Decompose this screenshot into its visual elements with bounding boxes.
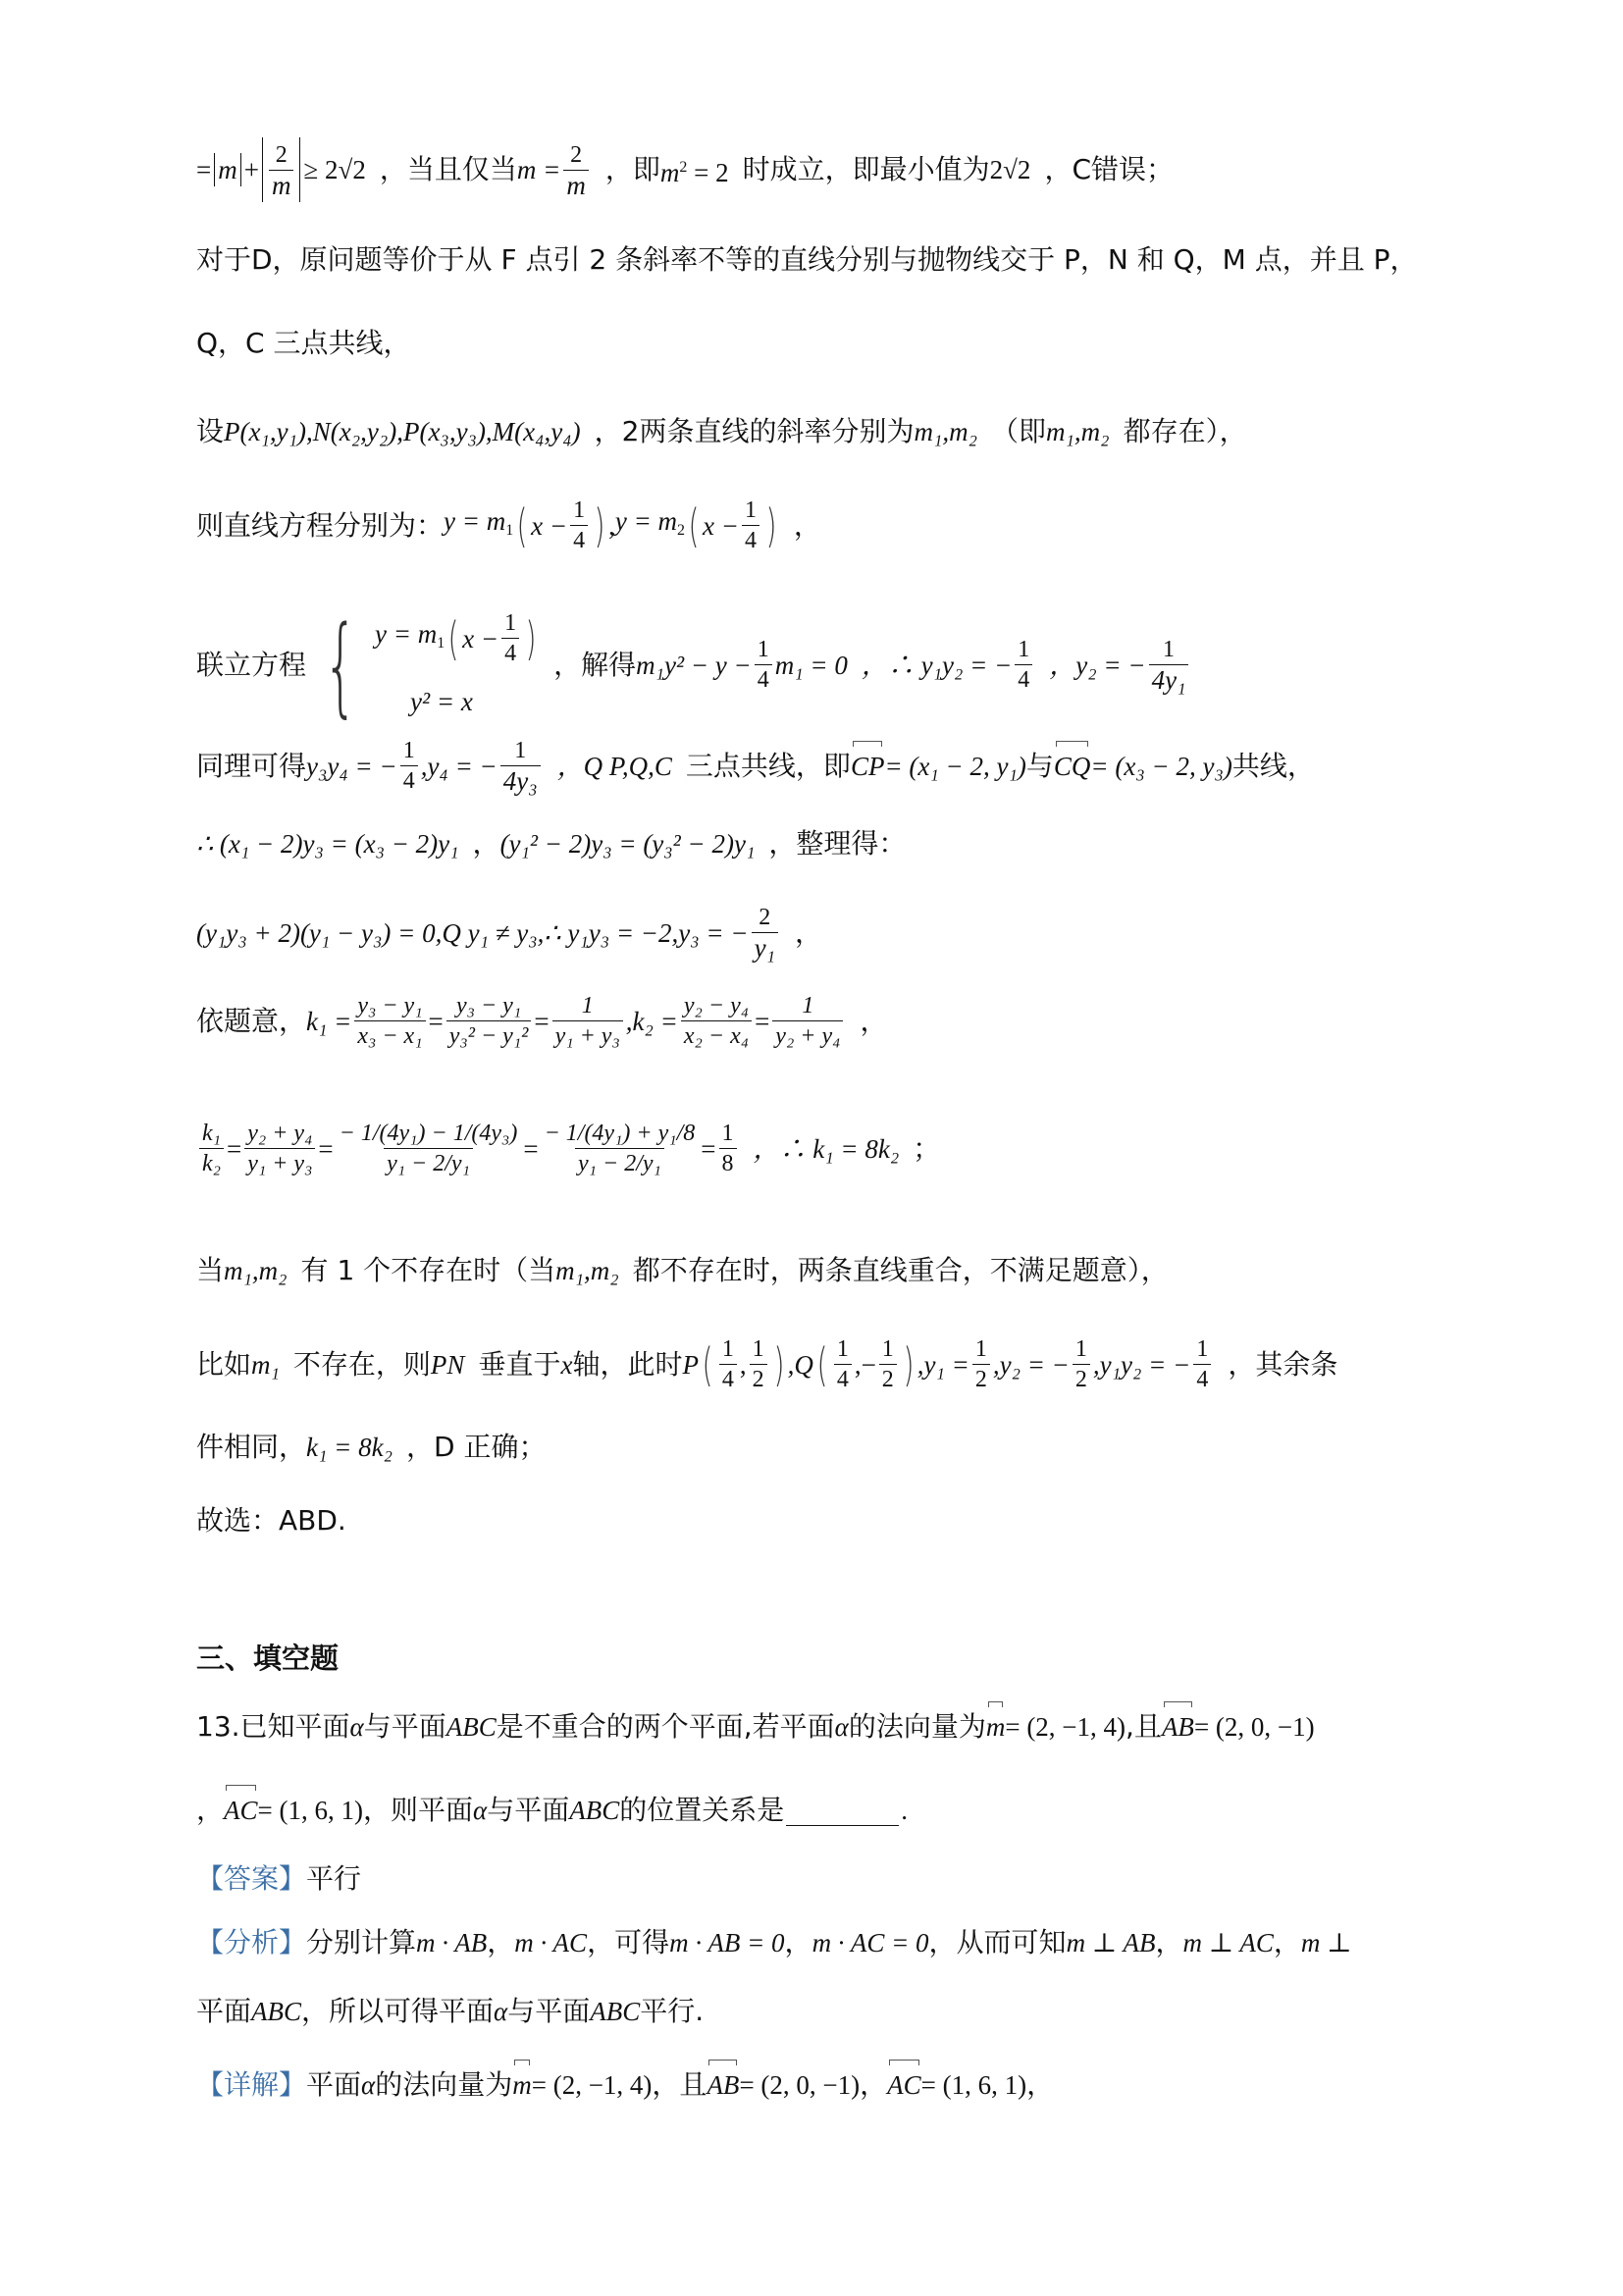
- expr: ∴ (x₁ − 2)y₃ = (x₃ − 2)y₁: [196, 824, 459, 863]
- text: 同理可得: [196, 747, 306, 786]
- text: 当: [196, 1251, 224, 1290]
- expr: ABC: [446, 1707, 497, 1747]
- document-page: = m + 2m ≥ 2√2 ，当且仅当 m = 2m ，即 m2 = 2 时成…: [0, 0, 1623, 2296]
- vector-ab: AB: [1162, 1707, 1194, 1747]
- text: 平行.: [640, 1992, 704, 2031]
- expr: m₁,m₂: [555, 1251, 619, 1290]
- question-13-line1: 13.已知平面 α 与平面 ABC 是不重合的两个平面,若平面 α 的法向量为 …: [196, 1707, 1315, 1747]
- expr: m ⊥ AC: [1182, 1923, 1273, 1962]
- expr: α: [361, 2065, 375, 2105]
- expr: y = m2: [615, 501, 685, 550]
- text: 垂直于: [478, 1345, 560, 1384]
- text: ；: [913, 1129, 940, 1169]
- text: 不存在，则: [293, 1345, 431, 1384]
- equation-system: y = m1 ( x − 14 ) y² = x: [375, 608, 540, 721]
- abs-bar: [214, 153, 215, 186]
- paragraph-line: 比如 m₁ 不存在，则 PN 垂直于 x 轴，此时 P ( 14 , 12 ) …: [196, 1334, 1337, 1394]
- inequality: ≥ 2√2: [303, 150, 365, 189]
- expr: ABC: [251, 1992, 301, 2031]
- expr: y₃y₄ = −: [306, 747, 397, 786]
- text: 平面: [306, 2065, 361, 2105]
- expr: ,Q: [788, 1345, 813, 1384]
- expr: m · AC = 0: [812, 1923, 929, 1962]
- text: 与平面: [507, 1992, 590, 2031]
- text: 依题意，: [196, 1002, 306, 1041]
- text: ,且: [1126, 1707, 1162, 1747]
- text: .: [901, 1791, 908, 1830]
- expr: ，∴ k₁ = 8k₂: [754, 1129, 900, 1169]
- fraction: 2m: [563, 140, 589, 200]
- equals: =: [196, 150, 211, 189]
- expr: 2√2: [990, 150, 1031, 189]
- answer-label: 【答案】: [196, 1859, 306, 1899]
- paragraph-line: 设 P(x₁,y₁),N(x₂,y₂),P(x₃,y₃),M(x₄,y₄) ，2…: [196, 412, 1247, 451]
- expr: ABC: [590, 1992, 640, 2031]
- text: 三点共线，即: [686, 747, 851, 786]
- text: 轴，此时: [572, 1345, 682, 1384]
- expr: (y₁y₃ + 2)(y₁ − y₃) = 0,Q y₁ ≠ y₃,∴ y₁y₃…: [196, 913, 749, 953]
- expr: ，∴ y₁y₂ = −: [862, 646, 1012, 685]
- expr: = (x₁ − 2, y₁): [884, 747, 1025, 786]
- expr: x −: [703, 506, 739, 546]
- paragraph-line: 依题意， k₁ = y₃ − y₁x₃ − x₁ = y₃ − y₁y₃² − …: [196, 991, 888, 1051]
- expr: P(x₁,y₁),N(x₂,y₂),P(x₃,y₃),M(x₄,y₄): [224, 412, 581, 451]
- expr: α: [835, 1707, 849, 1747]
- expr: m₁y² − y −: [636, 646, 752, 685]
- vector-ac: AC: [224, 1791, 258, 1830]
- expr: ，Q P,Q,C: [557, 747, 672, 786]
- analysis-label: 【分析】: [196, 1923, 306, 1962]
- text: 共线，: [1232, 747, 1315, 786]
- text: 13.已知平面: [196, 1707, 350, 1747]
- equation-system-line: 联立方程 { y = m1 ( x − 14 ) y² = x ，解得 m₁y²…: [196, 608, 1191, 721]
- answer-line: 【答案】 平行: [196, 1859, 361, 1899]
- vector-ac: AC: [887, 2065, 921, 2105]
- text: ，整理得：: [768, 824, 906, 863]
- expr: ,k₂ =: [626, 1002, 678, 1041]
- expr: m2 = 2: [660, 148, 729, 192]
- text: 的法向量为: [375, 2065, 512, 2105]
- text: ，解得: [553, 646, 636, 685]
- expr: ,y₄ = −: [421, 747, 497, 786]
- analysis-line2: 平面 ABC ，所以可得平面 α 与平面 ABC 平行.: [196, 1992, 704, 2031]
- text: 平面: [196, 1992, 251, 2031]
- fraction: 2m: [269, 140, 294, 200]
- expr: m · AB: [416, 1923, 487, 1962]
- text: 则直线方程分别为：: [196, 506, 444, 546]
- expr: (y₁² − 2)y₃ = (y₃² − 2)y₁: [500, 824, 756, 863]
- expr: m₁ = 0: [775, 646, 848, 685]
- paragraph-line: (y₁y₃ + 2)(y₁ − y₃) = 0,Q y₁ ≠ y₃,∴ y₁y₃…: [196, 903, 822, 963]
- text: ，: [785, 1923, 812, 1962]
- text: 的法向量为: [849, 1707, 986, 1747]
- brace: {: [324, 611, 358, 719]
- expr: m · AB = 0: [669, 1923, 784, 1962]
- expr: ,y₂ = −: [993, 1345, 1070, 1384]
- paragraph-line: 件相同， k₁ = 8k₂ ，D 正确；: [196, 1428, 546, 1467]
- text: 有 1 个不存在时（当: [301, 1251, 556, 1290]
- text: ，2两条直线的斜率分别为: [595, 412, 915, 451]
- expr: = (1, 6, 1): [258, 1791, 363, 1830]
- paragraph-line: 对于D，原问题等价于从 F 点引 2 条斜率不等的直线分别与抛物线交于 P，N …: [196, 240, 1418, 280]
- text: ，所以可得平面: [301, 1992, 494, 2031]
- expr: = (2, −1, 4): [1005, 1707, 1126, 1747]
- paragraph-line: ∴ (x₁ − 2)y₃ = (x₃ − 2)y₁ ， (y₁² − 2)y₃ …: [196, 824, 906, 863]
- expr: = (2, 0, −1): [739, 2065, 860, 2105]
- text: 比如: [196, 1345, 251, 1384]
- text: ，: [860, 2065, 887, 2105]
- expr: m ⊥: [1301, 1923, 1352, 1962]
- expr: m₁,m₂: [224, 1251, 288, 1290]
- text: ，: [795, 913, 822, 953]
- expr: m =: [517, 150, 560, 189]
- text: ，: [794, 506, 821, 546]
- expr: PN: [431, 1345, 465, 1384]
- text: 设: [196, 412, 224, 451]
- solution-line-c-min: = m + 2m ≥ 2√2 ，当且仅当 m = 2m ，即 m2 = 2 时成…: [196, 137, 1174, 202]
- expr: k₁ =: [306, 1002, 351, 1041]
- expr: m ⊥ AB: [1067, 1923, 1156, 1962]
- vector-cp: CP: [851, 747, 885, 786]
- expr: y = m1: [444, 501, 513, 550]
- text: ，则平面: [363, 1791, 473, 1830]
- abs-bar: [262, 137, 263, 202]
- text: ，C错误；: [1044, 150, 1174, 189]
- expr: x: [560, 1345, 572, 1384]
- text: 都不存在时，两条直线重合，不满足题意），: [633, 1251, 1169, 1290]
- detail-line: 【详解】 平面 α 的法向量为 m = (2, −1, 4) ，且 AB = (…: [196, 2065, 1054, 2105]
- expr: ,y₁ =: [917, 1345, 969, 1384]
- paragraph-line: 同理可得 y₃y₄ = − 14 ,y₄ = − 14y₃ ，Q P,Q,C 三…: [196, 736, 1315, 796]
- abs-bar: [240, 153, 241, 186]
- fraction: 14: [742, 496, 759, 555]
- expr: ,y₁y₂ = −: [1093, 1345, 1190, 1384]
- expr: m₁: [251, 1345, 280, 1384]
- final-choice: 故选：ABD.: [196, 1501, 346, 1540]
- expr: ，y₂ = −: [1049, 646, 1145, 685]
- var: m: [218, 150, 237, 189]
- vector-m: m: [512, 2065, 532, 2105]
- text: ，: [473, 824, 500, 863]
- expr: = (x₃ − 2, y₃): [1090, 747, 1231, 786]
- expr: P: [682, 1345, 699, 1384]
- answer-text: 平行: [306, 1859, 361, 1899]
- paragraph-line: k₁k₂ = y₂ + y₄y₁ + y₃ = − 1/(4y₁) − 1/(4…: [196, 1119, 940, 1178]
- detail-label: 【详解】: [196, 2065, 306, 2105]
- text: 与平面: [487, 1791, 569, 1830]
- expr: α: [473, 1791, 487, 1830]
- text: 时成立，即最小值为: [743, 150, 990, 189]
- text: ，: [487, 1923, 514, 1962]
- expr: α: [350, 1707, 364, 1747]
- text: 都存在），: [1124, 412, 1247, 451]
- text: 的位置关系是: [619, 1791, 784, 1830]
- fraction: 14: [570, 496, 588, 555]
- vector-ab: AB: [707, 2065, 739, 2105]
- paragraph-line: 则直线方程分别为： y = m1 ( x − 14 ) , y = m2 ( x…: [196, 496, 821, 555]
- vector-cq: CQ: [1054, 747, 1091, 786]
- text: ，其余条: [1228, 1345, 1337, 1384]
- text: 与: [1026, 747, 1054, 786]
- abs-bar: [299, 137, 300, 202]
- answer-blank: [786, 1796, 899, 1826]
- text: （即: [991, 412, 1046, 451]
- expr: k₁ = 8k₂: [306, 1428, 393, 1467]
- expr: ABC: [569, 1791, 619, 1830]
- text: ，: [1155, 1923, 1182, 1962]
- text: ，: [196, 1791, 224, 1830]
- text: ，可得: [587, 1923, 669, 1962]
- paragraph-line: Q，C 三点共线，: [196, 324, 411, 363]
- expr: α: [494, 1992, 507, 2031]
- text: 与平面: [364, 1707, 446, 1747]
- expr: = (2, 0, −1): [1194, 1707, 1315, 1747]
- vector-m: m: [986, 1707, 1006, 1747]
- expr: m₁,m₂: [1046, 412, 1110, 451]
- question-13-line2: ， AC = (1, 6, 1) ，则平面 α 与平面 ABC 的位置关系是 .: [196, 1791, 908, 1830]
- expr: = (1, 6, 1): [921, 2065, 1026, 2105]
- plus: +: [244, 150, 259, 189]
- text: 分别计算: [306, 1923, 416, 1962]
- text: ，: [1274, 1923, 1301, 1962]
- text: ，: [1026, 2065, 1054, 2105]
- text: ，从而可知: [929, 1923, 1067, 1962]
- text: ，且: [652, 2065, 707, 2105]
- section-title: 三、填空题: [196, 1639, 339, 1678]
- text: ，当且仅当: [380, 150, 517, 189]
- expr: m₁,m₂: [914, 412, 977, 451]
- paragraph-line: 当 m₁,m₂ 有 1 个不存在时（当 m₁,m₂ 都不存在时，两条直线重合，不…: [196, 1251, 1169, 1290]
- text: 联立方程: [196, 646, 306, 685]
- expr: = (2, −1, 4): [532, 2065, 653, 2105]
- text: ，: [860, 1002, 887, 1041]
- expr: m · AC: [514, 1923, 587, 1962]
- text: ，即: [605, 150, 660, 189]
- text: 是不重合的两个平面,若平面: [497, 1707, 835, 1747]
- sep: ,: [608, 506, 615, 546]
- text: ，D 正确；: [406, 1428, 546, 1467]
- text: 件相同，: [196, 1428, 306, 1467]
- analysis-line1: 【分析】 分别计算 m · AB ， m · AC ，可得 m · AB = 0…: [196, 1923, 1352, 1962]
- expr: x −: [531, 506, 567, 546]
